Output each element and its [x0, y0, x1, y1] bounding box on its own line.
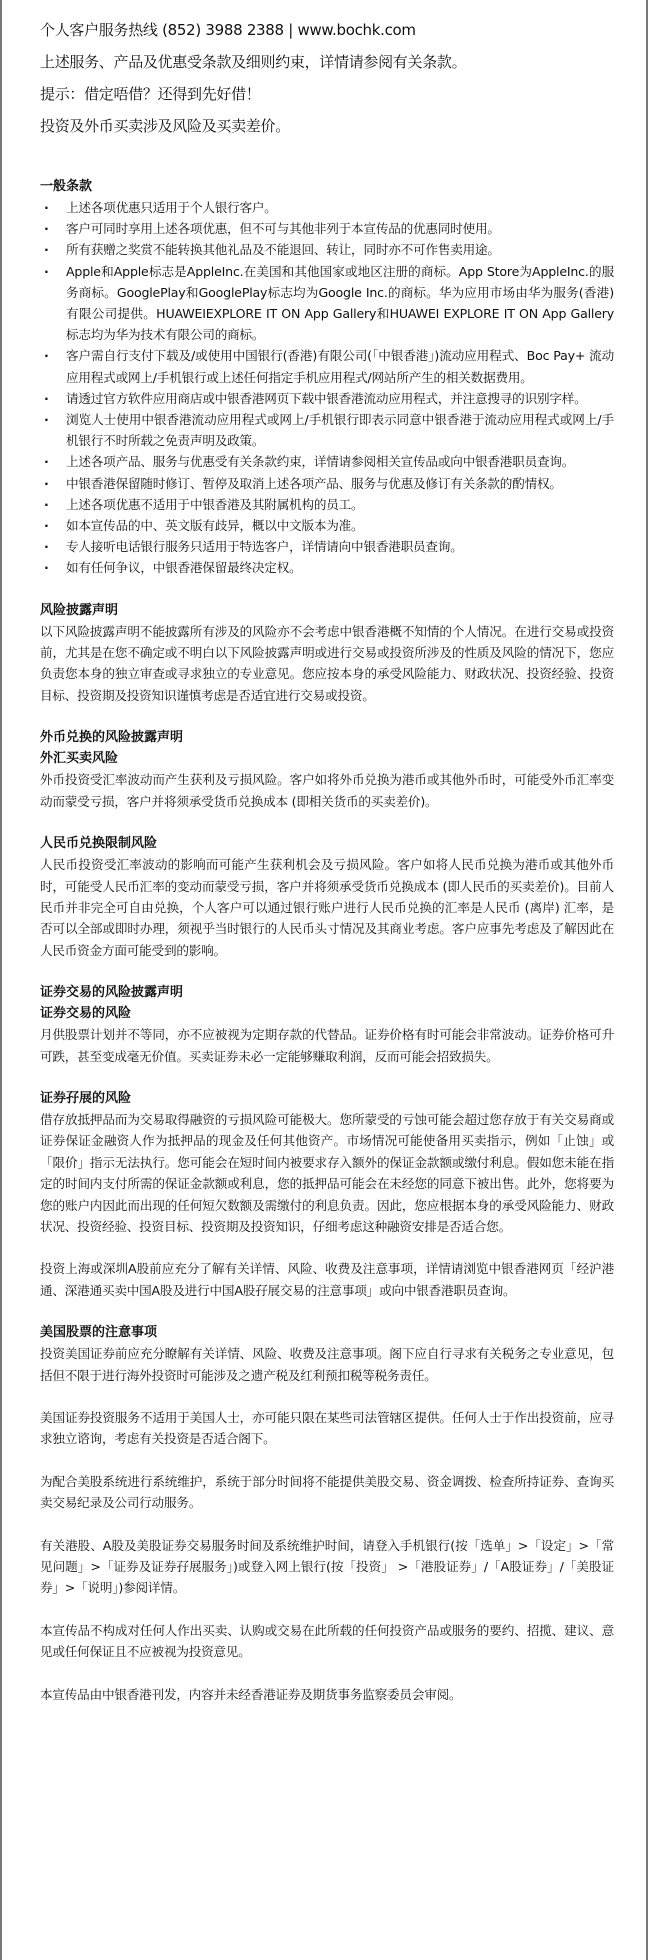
- bullet-icon: ·: [44, 473, 49, 494]
- bullet-icon: ·: [44, 557, 49, 578]
- investment-risk-notice: 投资及外币买卖涉及风险及买卖差价。: [40, 110, 614, 142]
- bullet-icon: ·: [44, 261, 49, 282]
- a-share-notice: 投资上海或深圳A股前应充分了解有关详情、风险、收费及注意事项，详情请浏览中银香港…: [40, 1258, 614, 1301]
- us-stocks-paragraph: 美国证券投资服务不适用于美国人士，亦可能只限在某些司法管辖区提供。任何人士于作出…: [40, 1407, 614, 1450]
- bullet-icon: ·: [44, 345, 49, 366]
- hotline-text: 个人客户服务热线 (852) 3988 2388 | www.bochk.com: [40, 14, 614, 46]
- list-item: ·客户可同时享用上述各项优惠，但不可与其他非列于本宣传品的优惠同时使用。: [40, 218, 614, 239]
- us-stocks-paragraph: 本宣传品由中银香港刊发，内容并未经香港证券及期货事务监察委员会审阅。: [40, 1684, 614, 1705]
- us-stocks-paragraph: 投资美国证券前应充分瞭解有关详情、风险、收费及注意事项。阁下应自行寻求有关税务之…: [40, 1343, 614, 1386]
- risk-disclosure-title: 风险披露声明: [40, 600, 614, 621]
- list-item: ·Apple和Apple标志是AppleInc.在美国和其他国家或地区注册的商标…: [40, 261, 614, 346]
- bullet-icon: ·: [44, 409, 49, 430]
- list-item: ·专人接听电话银行服务只适用于特选客户，详情请向中银香港职员查询。: [40, 536, 614, 557]
- bullet-icon: ·: [44, 451, 49, 472]
- securities-risk-title: 证券交易的风险披露声明: [40, 982, 614, 1003]
- bullet-icon: ·: [44, 536, 49, 557]
- fx-risk-title: 外币兑换的风险披露声明: [40, 727, 614, 748]
- list-item: ·上述各项优惠不适用于中银香港及其附属机构的员工。: [40, 494, 614, 515]
- bullet-icon: ·: [44, 515, 49, 536]
- list-item: ·如本宣传品的中、英文版有歧异，概以中文版本为准。: [40, 515, 614, 536]
- list-item: ·上述各项产品、服务与优惠受有关条款约束，详情请参阅相关宣传品或向中银香港职员查…: [40, 451, 614, 472]
- list-item: ·请透过官方软件应用商店或中银香港网页下载中银香港流动应用程式，并注意搜寻的识别…: [40, 388, 614, 409]
- bullet-icon: ·: [44, 197, 49, 218]
- list-item: ·浏览人士使用中银香港流动应用程式或网上/手机银行即表示同意中银香港于流动应用程…: [40, 409, 614, 451]
- margin-risk-title: 证券孖展的风险: [40, 1088, 614, 1109]
- bullet-icon: ·: [44, 494, 49, 515]
- us-stocks-title: 美国股票的注意事项: [40, 1322, 614, 1343]
- list-item: ·如有任何争议，中银香港保留最终决定权。: [40, 557, 614, 578]
- list-item: ·客户需自行支付下载及/或使用中国银行(香港)有限公司(「中银香港」)流动应用程…: [40, 345, 614, 387]
- margin-risk-body: 借存放抵押品而为交易取得融资的亏损风险可能极大。您所蒙受的亏蚀可能会超过您存放于…: [40, 1109, 614, 1237]
- list-item: ·中银香港保留随时修订、暂停及取消上述各项产品、服务与优惠及修订有关条款的酌情权…: [40, 473, 614, 494]
- general-terms-title: 一般条款: [40, 176, 614, 197]
- bullet-icon: ·: [44, 388, 49, 409]
- bullet-icon: ·: [44, 218, 49, 239]
- general-terms-list: ·上述各项优惠只适用于个人银行客户。 ·客户可同时享用上述各项优惠，但不可与其他…: [40, 197, 614, 579]
- list-item: ·所有获赠之奖赏不能转换其他礼品及不能退回、转让，同时亦不可作售卖用途。: [40, 239, 614, 260]
- us-stocks-paragraph: 有关港股、A股及美股证券交易服务时间及系统维护时间，请登入手机银行(按「选单」>…: [40, 1535, 614, 1599]
- us-stocks-paragraph: 本宣传品不构成对任何人作出买卖、认购或交易在此所载的任何投资产品或服务的要约、招…: [40, 1620, 614, 1663]
- risk-disclosure-body: 以下风险披露声明不能披露所有涉及的风险亦不会考虑中银香港概不知情的个人情况。在进…: [40, 621, 614, 707]
- borrowing-reminder: 提示：借定唔借？还得到先好借！: [40, 78, 614, 110]
- disclaimer-document: 个人客户服务热线 (852) 3988 2388 | www.bochk.com…: [40, 14, 614, 1705]
- rmb-risk-body: 人民币投资受汇率波动的影响而可能产生获利机会及亏损风险。客户如将人民币兑换为港币…: [40, 854, 614, 961]
- fx-risk-body: 外币投资受汇率波动而产生获利及亏损风险。客户如将外币兑换为港币或其他外币时，可能…: [40, 769, 614, 812]
- us-stocks-paragraph: 为配合美股系统进行系统维护，系统于部分时间将不能提供美股交易、资金调拨、检查所持…: [40, 1471, 614, 1514]
- bullet-icon: ·: [44, 239, 49, 260]
- terms-notice: 上述服务、产品及优惠受条款及细则约束，详情请参阅有关条款。: [40, 46, 614, 78]
- securities-risk-subtitle: 证券交易的风险: [40, 1003, 614, 1024]
- rmb-risk-title: 人民币兑换限制风险: [40, 833, 614, 854]
- fx-risk-subtitle: 外汇买卖风险: [40, 748, 614, 769]
- list-item: ·上述各项优惠只适用于个人银行客户。: [40, 197, 614, 218]
- securities-risk-body: 月供股票计划并不等同，亦不应被视为定期存款的代替品。证券价格有时可能会非常波动。…: [40, 1024, 614, 1067]
